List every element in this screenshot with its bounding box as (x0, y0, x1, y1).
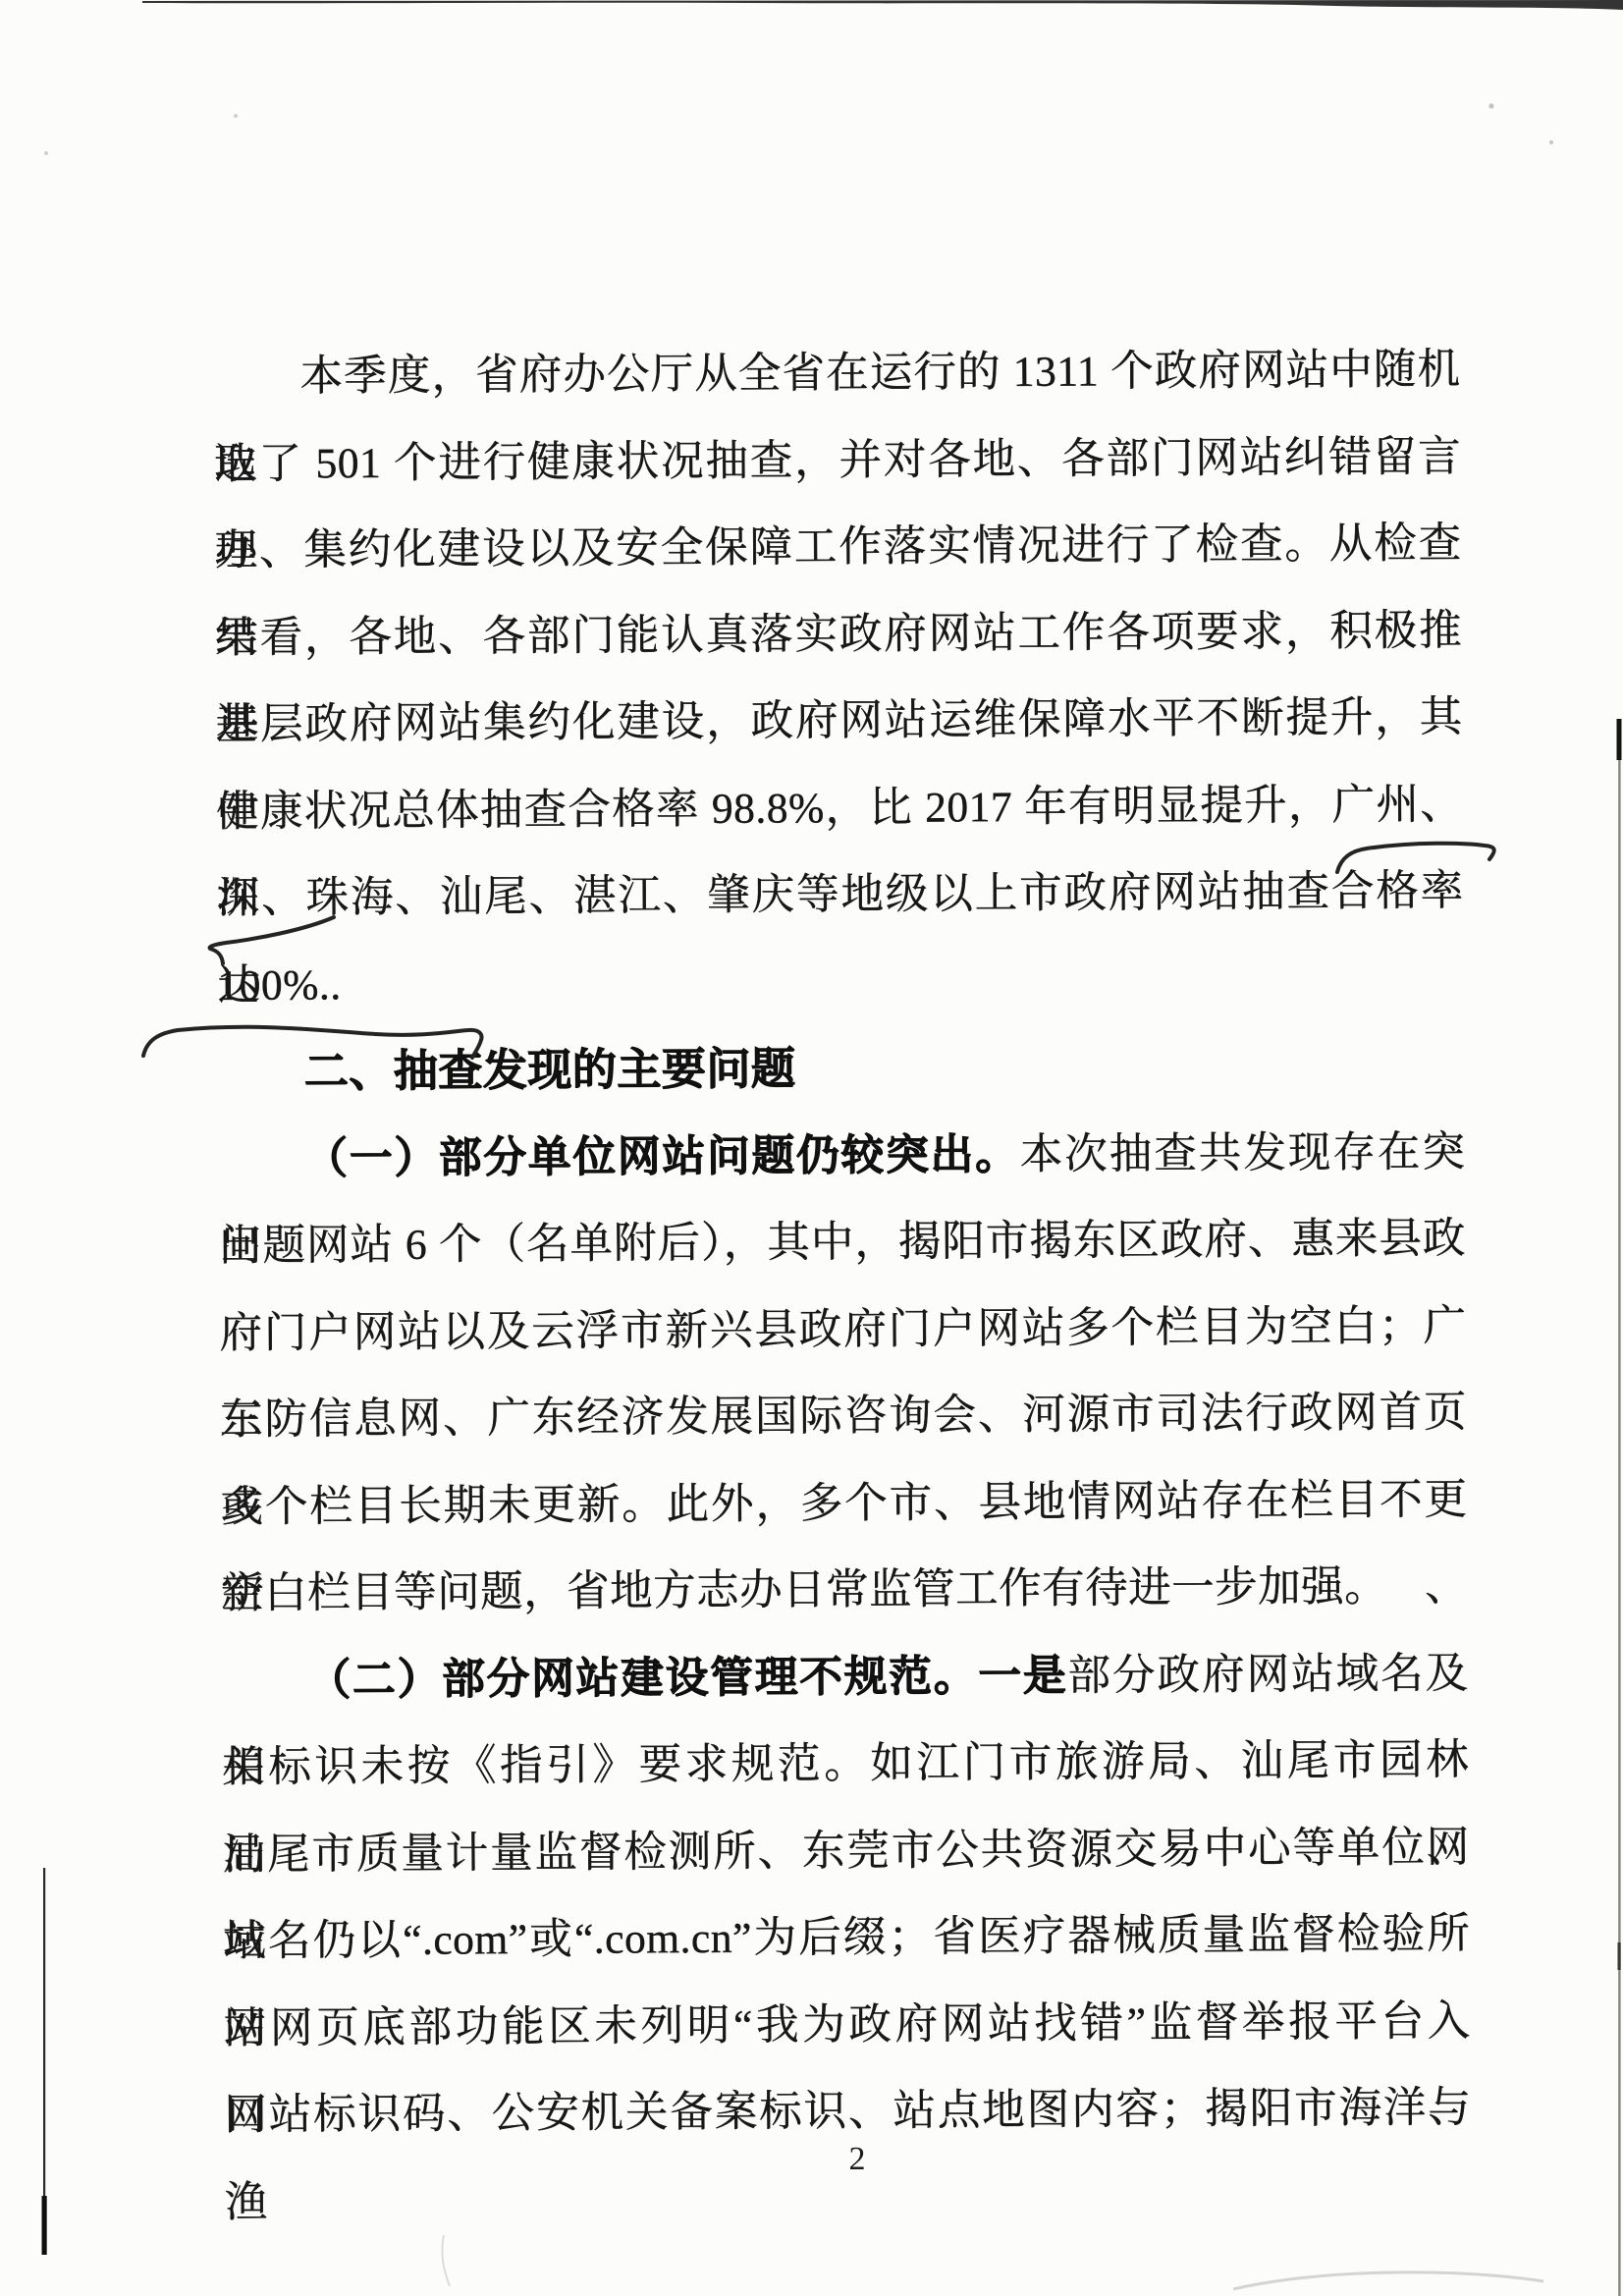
text-line: 汕尾市质量计量监督检测所、东莞市公共资源交易中心等单位网站 (223, 1804, 1471, 1898)
text-line: 健康状况总体抽查合格率 98.8%，比 2017 年有明显提升，广州、深 (216, 761, 1464, 855)
text-line: 多个栏目长期未更新。此外，多个市、县地情网站存在栏目不更新、 (220, 1456, 1468, 1551)
text-line: （二）部分网站建设管理不规范。一是部分政府网站域名及相 (221, 1630, 1469, 1724)
text-line: 空白栏目等问题，省地方志办日常监管工作有待进一步加强。 (221, 1543, 1469, 1637)
bottom-left-scan-line (43, 1868, 45, 2198)
text-segment: （二）部分网站建设管理不规范。 (308, 1653, 979, 1704)
text-line: 府门户网站以及云浮市新兴县政府门户网站多个栏目为空白；广东 (219, 1283, 1467, 1377)
text-segment: 100%.. (217, 961, 342, 1010)
text-line: 基层政府网站集约化建设，政府网站运维保障水平不断提升，其中 (215, 674, 1463, 768)
text-line: 取了 501 个进行健康状况抽查，并对各地、各部门网站纠错留言办 (214, 413, 1462, 508)
right-edge-scan-line (1618, 723, 1620, 2296)
text-line: 100%.. (217, 935, 1465, 1029)
paper-speck (44, 151, 48, 155)
text-line: 问题网站 6 个（名单附后），其中，揭阳市揭东区政府、惠来县政 (219, 1195, 1467, 1289)
right-edge-scan-blob (1617, 719, 1622, 760)
bottom-left-scan-line-thick (42, 2196, 47, 2255)
text-line: 圳、珠海、汕尾、湛江、肇庆等地级以上市政府网站抽查合格率达 (217, 847, 1465, 942)
scanned-document-page: 本季度，省府办公厅从全省在运行的 1311 个政府网站中随机选取了 501 个进… (0, 0, 1623, 2296)
paper-speck (1549, 140, 1553, 144)
text-line: （一）部分单位网站问题仍较突出。本次抽查共发现存在突出 (218, 1109, 1466, 1203)
document-text-block: 本季度，省府办公厅从全省在运行的 1311 个政府网站中随机选取了 501 个进… (213, 326, 1471, 2159)
text-segment: （一）部分单位网站问题仍较突出。 (304, 1131, 1020, 1182)
bottom-right-faint-curve (1233, 2272, 1543, 2289)
text-line: 三防信息网、广东经济发展国际咨询会、河源市司法行政网首页或 (220, 1369, 1468, 1463)
text-segment: 二、抽查发现的主要问题 (304, 1044, 796, 1096)
top-edge-scan-line (142, 0, 1623, 10)
section-heading: 二、抽查发现的主要问题 (218, 1021, 1466, 1116)
text-segment: 空白栏目等问题，省地方志办日常监管工作有待进一步加强。 (221, 1563, 1387, 1617)
text-line: 果看，各地、各部门能认真落实政府网站工作各项要求，积极推进 (215, 587, 1463, 682)
page-number: 2 (833, 2141, 882, 2178)
text-segment: 问题网站 6 个（名单附后），其中，揭阳市揭东区政府、惠来县政 (219, 1215, 1466, 1270)
right-edge-scan-dash (1618, 1942, 1621, 1970)
text-line: 域名仍以“.com”或“.com.cn”为后缀；省医疗器械质量监督检验所网 (223, 1890, 1471, 1985)
paper-speck (234, 114, 238, 118)
text-line: 站网页底部功能区未列明“我为政府网站找错”监督举报平台入口、 (224, 1978, 1472, 2072)
text-line: 关标识未按《指引》要求规范。如江门市旅游局、汕尾市园林局、 (222, 1717, 1470, 1811)
paper-speck (1488, 103, 1493, 108)
text-line: 本季度，省府办公厅从全省在运行的 1311 个政府网站中随机选 (213, 326, 1461, 420)
faint-crease-mark (442, 2235, 450, 2286)
text-line: 理、集约化建设以及安全保障工作落实情况进行了检查。从检查结 (214, 500, 1462, 594)
text-segment: 一是 (978, 1652, 1067, 1700)
